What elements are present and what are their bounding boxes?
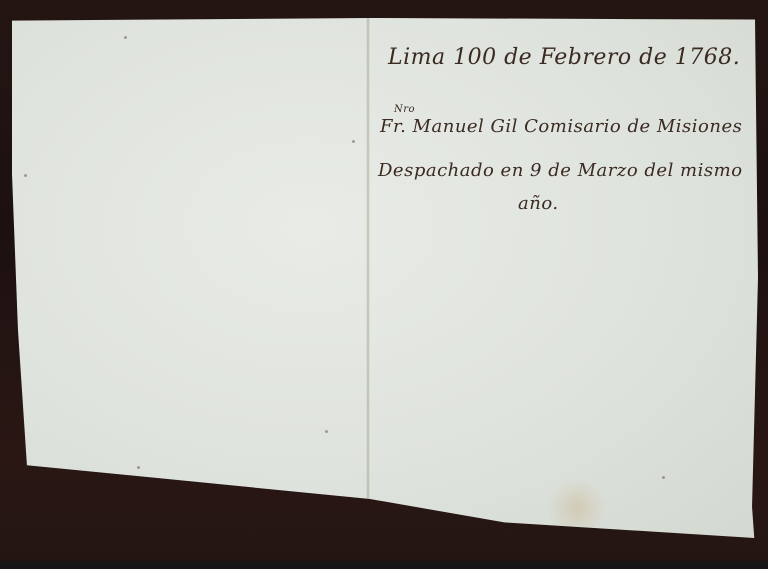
dispatch-note: Despachado en 9 de Marzo del mismo bbox=[378, 160, 743, 181]
manuscript-sheet bbox=[12, 18, 758, 538]
ink-speck bbox=[24, 174, 27, 177]
center-fold-crease bbox=[366, 18, 370, 538]
dispatch-note-continuation: año. bbox=[518, 193, 559, 214]
ink-speck bbox=[352, 140, 355, 143]
superscript-abbreviation: Nro bbox=[394, 104, 415, 115]
ink-speck bbox=[137, 466, 140, 469]
ink-speck bbox=[662, 476, 665, 479]
image-bottom-border bbox=[0, 561, 768, 569]
addressee-line: Fr. Manuel Gil Comisario de Misiones bbox=[380, 116, 742, 137]
ink-speck bbox=[325, 430, 328, 433]
heading-place-date: Lima 100 de Febrero de 1768. bbox=[388, 45, 740, 70]
ink-speck bbox=[124, 36, 127, 39]
